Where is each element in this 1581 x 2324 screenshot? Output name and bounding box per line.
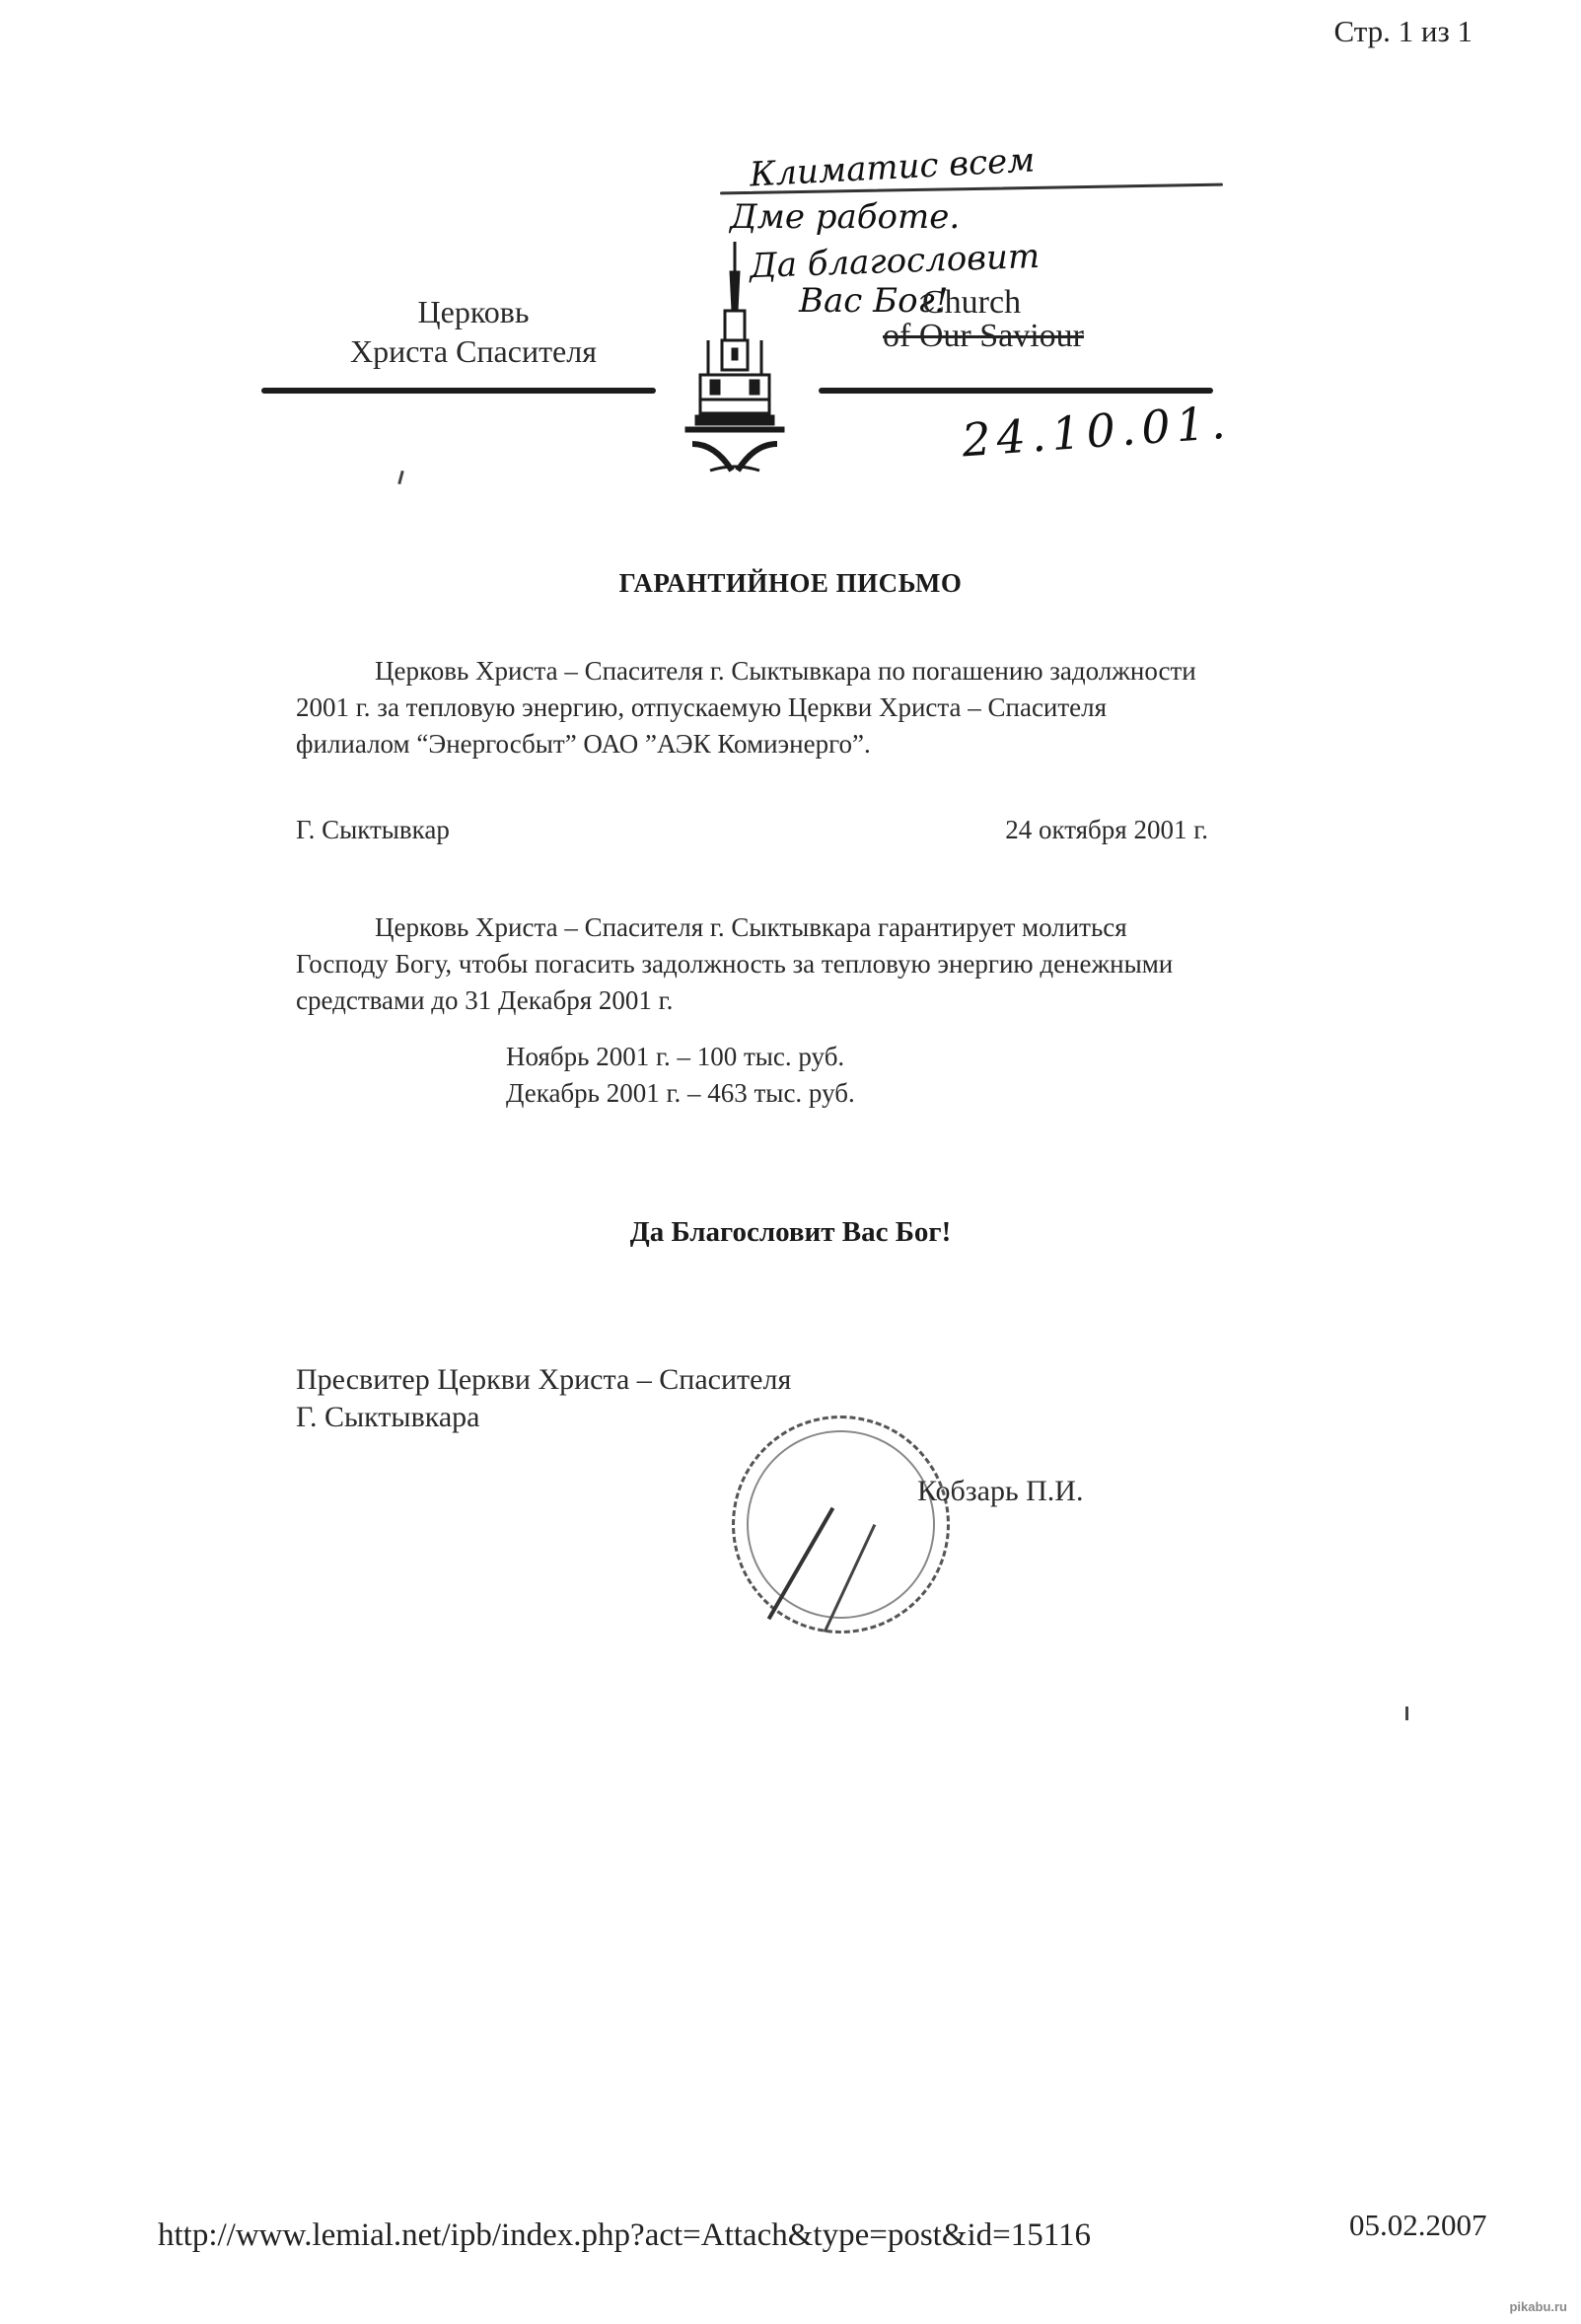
intro-paragraph: Церковь Христа – Спасителя г. Сыктывкара…: [296, 653, 1213, 763]
letterhead-rule-left: [261, 388, 656, 394]
letterhead-rule-right: [819, 388, 1213, 394]
letterhead-en-line-1: Church: [922, 284, 1021, 321]
intro-paragraph-text: Церковь Христа – Спасителя г. Сыктывкара…: [296, 656, 1196, 759]
letterhead-ru-line-2: Христа Спасителя: [296, 331, 651, 371]
document-title: ГАРАНТИЙНОЕ ПИСЬМО: [0, 568, 1581, 599]
handwritten-note-line-3: Да благословит: [749, 237, 1040, 286]
letterhead-name-ru: Церковь Христа Спасителя: [296, 292, 651, 371]
document-place: Г. Сыктывкар: [296, 815, 450, 845]
handwritten-date: 24.10.01.: [960, 396, 1233, 468]
signatory-title: Пресвитер Церкви Христа – Спасителя Г. С…: [296, 1361, 791, 1436]
schedule-item: Ноябрь 2001 г. – 100 тыс. руб.: [506, 1039, 855, 1075]
scan-speck: [1405, 1707, 1408, 1720]
document-date: 24 октября 2001 г.: [1005, 815, 1208, 845]
footer-url: http://www.lemial.net/ipb/index.php?act=…: [158, 2217, 1091, 2254]
church-tower-emblem-icon: [681, 242, 789, 478]
handwritten-note-line-2: Дме работе.: [730, 197, 960, 237]
main-paragraph: Церковь Христа – Спасителя г. Сыктывкара…: [296, 909, 1213, 1019]
signatory-title-line-1: Пресвитер Церкви Христа – Спасителя: [296, 1361, 791, 1399]
footer-print-date: 05.02.2007: [1349, 2208, 1487, 2243]
blessing: Да Благословит Вас Бог!: [0, 1216, 1581, 1249]
letterhead-name-en: Church of Our Saviour: [922, 286, 1084, 353]
main-paragraph-text: Церковь Христа – Спасителя г. Сыктывкара…: [296, 912, 1173, 1015]
signatory-title-line-2: Г. Сыктывкара: [296, 1399, 791, 1436]
signatory-name: Кобзарь П.И.: [917, 1475, 1083, 1508]
schedule-item: Декабрь 2001 г. – 463 тыс. руб.: [506, 1075, 855, 1112]
page-counter: Стр. 1 из 1: [1333, 14, 1473, 49]
scan-speck: [397, 471, 404, 484]
watermark: pikabu.ru: [1509, 2299, 1567, 2314]
payment-schedule: Ноябрь 2001 г. – 100 тыс. руб. Декабрь 2…: [506, 1039, 855, 1112]
letterhead-ru-line-1: Церковь: [296, 292, 651, 331]
letterhead-en-line-2: of Our Saviour: [883, 320, 1084, 353]
